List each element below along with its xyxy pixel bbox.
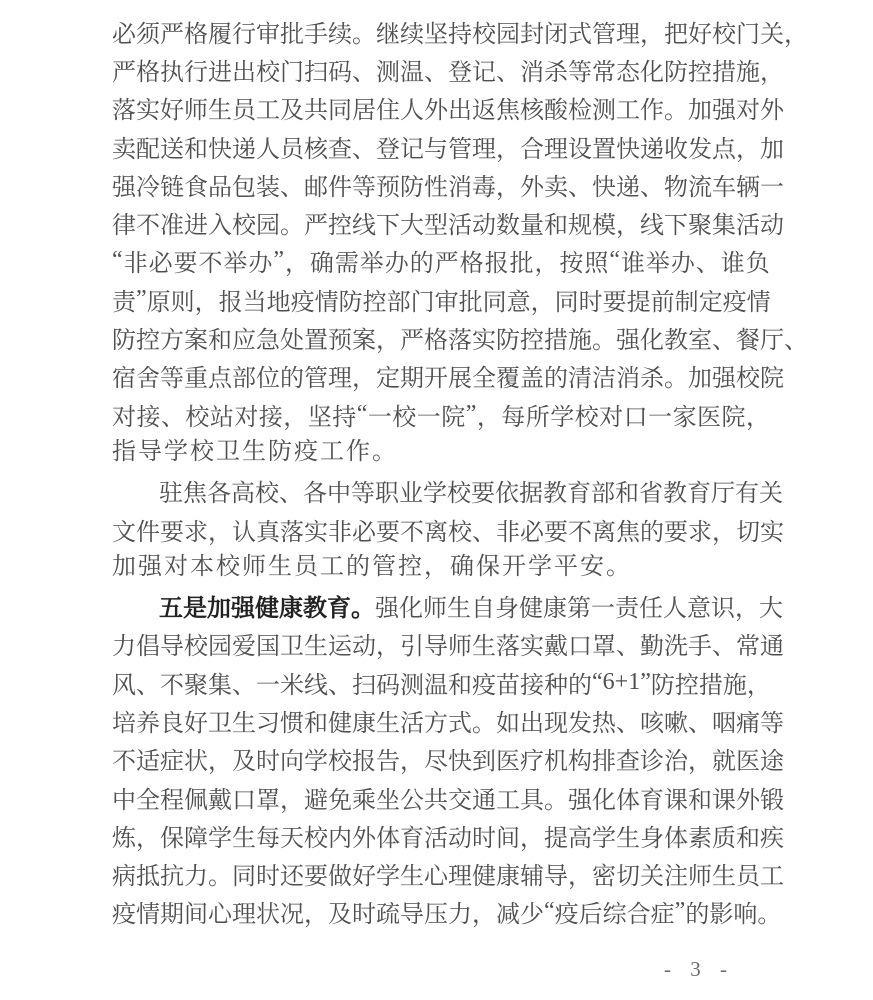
text-block: 必须严格履行审批手续。继续坚持校园封闭式管理，把好校门关，严格执行进出校门扫码、… — [112, 12, 770, 931]
text-line: 责”原则，报当地疫情防控部门审批同意，同时要提前制定疫情 — [112, 280, 770, 318]
text-line: 严格执行进出校门扫码、测温、登记、消杀等常态化防控措施， — [112, 50, 770, 88]
text-line: 不适症状，及时向学校报告，尽快到医疗机构排查诊治，就医途 — [112, 740, 770, 778]
text-line: 必须严格履行审批手续。继续坚持校园封闭式管理，把好校门关， — [112, 12, 770, 50]
text-line: 文件要求，认真落实非必要不离校、非必要不离焦的要求，切实 — [112, 510, 770, 548]
text-line: 五是加强健康教育。强化师生自身健康第一责任人意识，大 — [112, 586, 770, 624]
text-line: 律不准进入校园。严控线下大型活动数量和规模，线下聚集活动 — [112, 203, 770, 241]
text-line: 加强对本校师生员工的管控，确保开学平安。 — [112, 548, 770, 586]
page-number: - 3 - — [664, 957, 734, 982]
text-line: 驻焦各高校、各中等职业学校要依据教育部和省教育厅有关 — [112, 472, 770, 510]
text-line: 防控方案和应急处置预案，严格落实防控措施。强化教室、餐厅、 — [112, 318, 770, 356]
text-line: 强冷链食品包装、邮件等预防性消毒，外卖、快递、物流车辆一 — [112, 165, 770, 203]
text-line: 宿舍等重点部位的管理，定期开展全覆盖的清洁消杀。加强校院 — [112, 357, 770, 395]
text-line: 落实好师生员工及共同居住人外出返焦核酸检测工作。加强对外 — [112, 89, 770, 127]
text-line: 风、不聚集、一米线、扫码测温和疫苗接种的“6+1”防控措施， — [112, 663, 770, 701]
text-line: 指导学校卫生防疫工作。 — [112, 433, 770, 471]
text-line: 培养良好卫生习惯和健康生活方式。如出现发热、咳嗽、咽痛等 — [112, 701, 770, 739]
text-line: “非必要不举办”，确需举办的严格报批，按照“谁举办、谁负 — [112, 242, 770, 280]
document-page: 必须严格履行审批手续。继续坚持校园封闭式管理，把好校门关，严格执行进出校门扫码、… — [0, 0, 873, 1000]
text-line: 中全程佩戴口罩，避免乘坐公共交通工具。强化体育课和课外锻 — [112, 778, 770, 816]
text-line: 疫情期间心理状况，及时疏导压力，减少“疫后综合症”的影响。 — [112, 893, 770, 931]
text-line: 卖配送和快递人员核查、登记与管理，合理设置快递收发点，加 — [112, 127, 770, 165]
text-line: 对接、校站对接，坚持“一校一院”，每所学校对口一家医院， — [112, 395, 770, 433]
text-line: 炼，保障学生每天校内外体育活动时间，提高学生身体素质和疾 — [112, 816, 770, 854]
text-line: 力倡导校园爱国卫生运动，引导师生落实戴口罩、勤洗手、常通 — [112, 625, 770, 663]
text-line: 病抵抗力。同时还要做好学生心理健康辅导，密切关注师生员工 — [112, 855, 770, 893]
